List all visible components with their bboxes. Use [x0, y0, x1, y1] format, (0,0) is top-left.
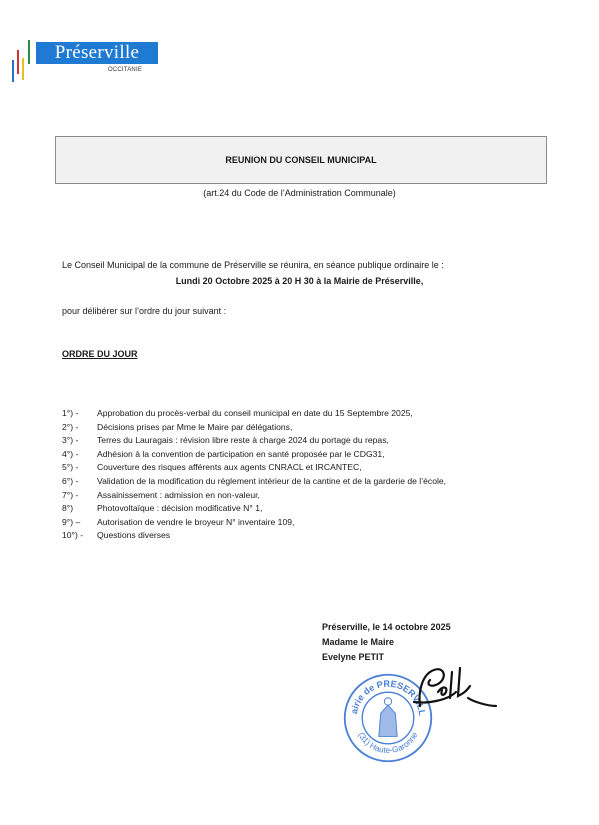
- document-title: REUNION DU CONSEIL MUNICIPAL: [225, 155, 376, 165]
- agenda-item: 5°) -Couverture des risques afférents au…: [62, 461, 446, 475]
- agenda-item: 9°) –Autorisation de vendre le broyeur N…: [62, 516, 446, 530]
- logo-region: OCCITANIE: [108, 67, 142, 73]
- agenda-item-text: Décisions prises par Mme le Maire par dé…: [97, 421, 292, 435]
- agenda-item-number: 9°) –: [62, 516, 97, 530]
- agenda-item: 4°) -Adhésion à la convention de partici…: [62, 448, 446, 462]
- signature-place-date: Préserville, le 14 octobre 2025: [322, 620, 451, 635]
- agenda-item: 3°) -Terres du Lauragais : révision libr…: [62, 434, 446, 448]
- agenda-item: 1°) -Approbation du procès-verbal du con…: [62, 407, 446, 421]
- deliberer-text: pour délibérer sur l’ordre du jour suiva…: [62, 306, 226, 316]
- logo-bar-blue: [12, 60, 14, 82]
- signature-block: Préserville, le 14 octobre 2025 Madame l…: [322, 620, 451, 665]
- agenda-item: 7°) -Assainissement : admission en non-v…: [62, 489, 446, 503]
- agenda-item-text: Questions diverses: [97, 529, 170, 543]
- agenda-item: 6°) -Validation de la modification du rè…: [62, 475, 446, 489]
- agenda-item-number: 4°) -: [62, 448, 97, 462]
- agenda-item-text: Assainissement : admission en non-valeur…: [97, 489, 260, 503]
- agenda-item: 10°) -Questions diverses: [62, 529, 446, 543]
- mayor-signature-icon: [408, 662, 498, 716]
- agenda-item-number: 6°) -: [62, 475, 97, 489]
- logo-bar-red: [17, 50, 19, 74]
- agenda-item-number: 2°) -: [62, 421, 97, 435]
- agenda-item-text: Validation de la modification du règleme…: [97, 475, 446, 489]
- agenda-item-text: Photovoltaïque : décision modificative N…: [97, 502, 262, 516]
- agenda-list: 1°) -Approbation du procès-verbal du con…: [62, 407, 446, 543]
- agenda-item-number: 7°) -: [62, 489, 97, 503]
- logo-brand: Préserville: [36, 42, 158, 64]
- agenda-item-number: 8°): [62, 502, 97, 516]
- signature-role: Madame le Maire: [322, 635, 451, 650]
- agenda-item-text: Approbation du procès-verbal du conseil …: [97, 407, 413, 421]
- intro-text: Le Conseil Municipal de la commune de Pr…: [62, 260, 444, 270]
- agenda-item-text: Terres du Lauragais : révision libre res…: [97, 434, 389, 448]
- agenda-item: 8°)Photovoltaïque : décision modificativ…: [62, 502, 446, 516]
- agenda-item-text: Autorisation de vendre le broyeur N° inv…: [97, 516, 294, 530]
- agenda-item-number: 1°) -: [62, 407, 97, 421]
- agenda-item-number: 5°) -: [62, 461, 97, 475]
- logo-bar-yellow: [22, 58, 24, 80]
- agenda-item-text: Couverture des risques afférents aux age…: [97, 461, 362, 475]
- meeting-date: Lundi 20 Octobre 2025 à 20 H 30 à la Mai…: [0, 276, 599, 286]
- agenda-item-text: Adhésion à la convention de participatio…: [97, 448, 385, 462]
- logo: Préserville OCCITANIE: [12, 40, 152, 80]
- document-title-box: REUNION DU CONSEIL MUNICIPAL: [55, 136, 547, 184]
- agenda-item-number: 10°) -: [62, 529, 97, 543]
- agenda-heading: ORDRE DU JOUR: [62, 349, 138, 359]
- agenda-item: 2°) -Décisions prises par Mme le Maire p…: [62, 421, 446, 435]
- agenda-item-number: 3°) -: [62, 434, 97, 448]
- logo-bar-green: [28, 40, 30, 64]
- document-subtitle: (art.24 du Code de l’Administration Comm…: [0, 188, 599, 198]
